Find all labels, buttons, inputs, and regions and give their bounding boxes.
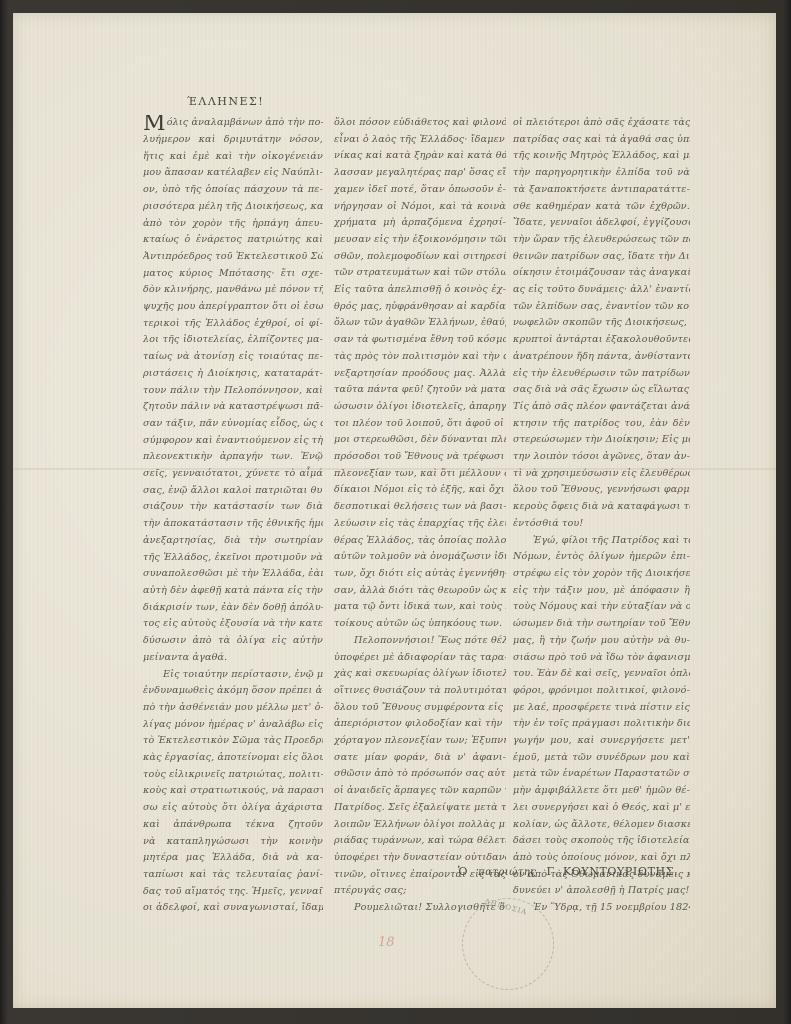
drop-cap: Μ (143, 116, 166, 132)
text-line: ὅλου τοῦ Ἔθνους, γεννήσωσι φαρμα- (513, 482, 690, 499)
text-line: τος εἰς αὐτοὺς ἐξουσία νὰ τὴν κατεκ- (143, 616, 323, 633)
text-line: σας διὰ νὰ σᾶς ἔχωσιν ὡς εἵλωτας. (513, 382, 690, 399)
text-line: δύσωσιν ἀπὸ τὰ ὀλίγα εἰς αὐτὴν (143, 633, 323, 650)
text-line: οι ἀδελφοί, καὶ συναγωνισταί, ἴδαμεν (143, 900, 323, 917)
text-line: γωγήν μου, καὶ συνεργήσετε μετ' (513, 733, 690, 750)
text-line: τὴν ὥραν τῆς ἐλευθερώσεως τῶν πο- (513, 232, 690, 249)
text-line: του. Ἐὰν δὲ καὶ σεῖς, γενναῖοι ὁπλο- (513, 666, 690, 683)
text-line: την λοιπὸν τόσοι ἀγῶνες, ὅταν ἀν- (513, 449, 690, 466)
text-line: μου ἅπασαν κατέλαβεν εἰς Ναύπλι- (143, 165, 323, 182)
text-line: μείναντα ἀγαθά. (143, 650, 323, 667)
text-line: ζητοῦν πάλιν νὰ καταστρέψωσι πᾶ- (143, 399, 323, 416)
signature-name: Γ. ΚΟΥΝΤΟΥΡΙΩΤΗΣ. (547, 865, 679, 878)
text-line: ὅλων τῶν ἀγαθῶν Ἑλλήνων, ἐθαύμα- (334, 315, 506, 332)
text-line: Πατρίδος. Σεῖς ἐξαλείψατε μετὰ τῶν (334, 800, 506, 817)
text-line: νήργησαν οἱ Νόμοι, καὶ τὰ κοινὰ (334, 199, 506, 216)
text-line: δὸν κλινήρης, μανθάνω μὲ πόνον τῆς (143, 282, 323, 299)
text-line: τερικοὶ τῆς Ἑλλάδος ἐχθροί, οἱ φί- (143, 316, 323, 333)
text-line: μας, ἢ τὴν ζωήν μου αὐτὴν νὰ θυ- (513, 633, 690, 650)
text-line: τὶ νὰ χρησιμεύσωσιν εἰς ἐλευθέρωσιν (513, 466, 690, 483)
text-line: νὰ καταπληγώσωσι τὴν κοινὴν (143, 834, 323, 851)
text-line: σιάζουν τὴν κατάστασίν των διὰ (143, 499, 323, 516)
text-line: λεύωσιν εἰς τὰς ἐπαρχίας τῆς ἐλευ- (334, 516, 506, 533)
text-line: μητέρα μας Ἑλλάδα, διὰ νὰ κα- (143, 850, 323, 867)
text-line: εἶναι ὁ λαὸς τῆς Ἑλλάδος· ἴδαμεν ὅλοι (334, 132, 506, 149)
text-line: οἵτινες θυσιάζουν τὰ πολυτιμότατα (334, 683, 506, 700)
text-line: θεινῶν πατρίδων σας, ἴδατε τὴν Δι- (513, 249, 690, 266)
text-line: λυήμερον καὶ δριμυτάτην νόσον, (143, 132, 323, 149)
text-line: ἐνδυναμωθεὶς ἀκόμη ὅσον πρέπει ἀ- (143, 683, 323, 700)
text-line: Εἰς τοιαύτην περίστασιν, ἐνῷ μὴ (143, 667, 323, 684)
text-line: σιάσω πρὸ τοῦ νὰ ἴδω τὸν ἀφανισμόν (513, 650, 690, 667)
text-line: κοὺς καὶ στρατιωτικούς, νὰ παραστή- (143, 783, 323, 800)
text-line: κολίαν, ὡς ἄλλοτε, θέλομεν διασκε- (513, 817, 690, 834)
text-column-2: ὅλοι πόσον εὐδιάθετος καὶ φιλονόμοςεἶναι… (334, 115, 506, 917)
text-line: μευσαν εἰς τὴν ἐξοικονόμησιν τῶν μι- (334, 232, 506, 249)
text-line: τὰ ξαναποκτήσετε ἀντιπαρατάττε- (513, 182, 690, 199)
text-line: σθε καθημέραν κατὰ τῶν ἐχθρῶν. (513, 199, 690, 216)
text-line: τὴν ἀποκατάστασιν τῆς ἐθνικῆς ἡμῶν (143, 516, 323, 533)
text-line: τὴν παρηγορητικὴν ἐλπίδα τοῦ νὰ (513, 165, 690, 182)
text-line: Νόμων, ἐντὸς ὀλίγων ἡμερῶν ἐπι- (513, 549, 690, 566)
text-line: τὰς πρὸς τὸν πολιτισμὸν καὶ τὴν ἀ- (334, 349, 506, 366)
text-line: λει συνεργήσει καὶ ὁ Θεός, καὶ μ' εὐ- (513, 800, 690, 817)
text-line: σθῶν, πολεμοφοδίων καὶ σιτηρεσίων (334, 249, 506, 266)
text-line: κτησιν τῆς πατρίδος του, ἐὰν δὲν (513, 416, 690, 433)
text-line: διάκρισίν των, ἐὰν δὲν δοθῇ ἀπόλυ- (143, 600, 323, 617)
text-line: Τίς ἀπὸ σᾶς πλέον φαντάζεται ἀνά- (513, 399, 690, 416)
text-line: τὸ Ἐκτελεστικὸν Σῶμα τὰς Προεδρι- (143, 733, 323, 750)
text-line: ματος κύριος Μπότασης· ἔτι σχε- (143, 266, 323, 283)
text-line: σαν τάξιν, πᾶν εὐνομίας εἶδος, ὡς ἀ- (143, 416, 323, 433)
pencil-page-number: 18 (378, 935, 395, 950)
text-line: χαμεν ἰδεῖ ποτέ, ὅταν ὁπωσοῦν ἐ- (334, 182, 506, 199)
text-line: σθῶσιν ἀπὸ τὸ πρόσωπόν σας αὐτοὶ (334, 766, 506, 783)
text-line: αὐτὴ δὲν ἀφεθῇ κατὰ πάντα εἰς τὴν (143, 583, 323, 600)
text-line: κταίως ὁ ἐνάρετος πατριώτης καὶ (143, 232, 323, 249)
text-line: τοὺς Νόμους καὶ τὴν εὐταξίαν νὰ στερε- (513, 599, 690, 616)
text-line: των, ὄχι διότι εἰς αὐτὰς ἐγεννήθη- (334, 566, 506, 583)
text-line: ον, ὑπὸ τῆς ὁποίας πάσχουν τὰ πε- (143, 182, 323, 199)
text-line: Εἰς ταῦτα ἀπελπισθῇ ὁ κοινὸς ἐχ- (334, 282, 506, 299)
text-line: ταπίωσι καὶ τὰς τελευταίας ῥανί- (143, 867, 323, 884)
text-line: οἱ πλειότεροι ἀπὸ σᾶς ἐχάσατε τὰς (513, 115, 690, 132)
text-line: λοι τῆς ἰδιοτελείας, ἐλπίζοντες μα- (143, 332, 323, 349)
text-line: ἐντόσθιά του! (513, 516, 690, 533)
text-line: δυνεύει ν' ἀπολεσθῇ ἡ Πατρίς μας! (513, 883, 690, 900)
text-line: σαν τὰ φωτισμένα ἔθνη τοῦ κόσμου (334, 332, 506, 349)
text-column-1: Μόλις ἀναλαμβάνων ἀπὸ τὴν πο-λυήμερον κα… (143, 115, 323, 917)
text-line: σαν, ἀλλὰ διότι τὰς θεωροῦν ὡς κτή- (334, 583, 506, 600)
text-line: Ἐγώ, φίλοι τῆς Πατρίδος καὶ τῶν (513, 533, 690, 550)
text-column-3: οἱ πλειότεροι ἀπὸ σᾶς ἐχάσατε τὰςπατρίδα… (513, 115, 690, 917)
text-line: καὶ ἀπάνθρωπα τέκνα ζητοῦν (143, 817, 323, 834)
text-line: ώσωμεν διὰ τὴν σωτηρίαν τοῦ Ἔθνους (513, 616, 690, 633)
text-line: οίκησιν ἑτοιμάζουσαν τὰς ἀναγκαί- (513, 265, 690, 282)
text-line: μοι στερεωθῶσι, δὲν δύνανται πλέον αἱ (334, 432, 506, 449)
text-line: νωφελῶν σκοπῶν τῆς Διοικήσεως, οἱ (513, 315, 690, 332)
text-line: χρήματα μὴ ἁρπαζόμενα ἐχρησί- (334, 215, 506, 232)
text-line: δας τοῦ αἵματός της. Ἡμεῖς, γενναῖ- (143, 884, 323, 901)
text-line: μετὰ τῶν ἐναρέτων Παραστατῶν σας, (513, 766, 690, 783)
text-line: ριστάσεις ἡ Διοίκησις, καταταράτ- (143, 366, 323, 383)
text-line: τοίκους αὐτῶν ὡς ὑπηκόους των. (334, 616, 506, 633)
text-line: λασσαν μεγαλητέρας παρ' ὅσας εἴ- (334, 165, 506, 182)
text-line: ώσωσιν ὀλίγοι ἰδιοτελεῖς, ἀπαρηγόρη- (334, 399, 506, 416)
text-line: ταίως νὰ ἀτονίσῃ εἰς τοιαύτας πε- (143, 349, 323, 366)
text-line: σατε μίαν φοράν, διὰ ν' ἀφανι- (334, 750, 506, 767)
text-line: ψυχῆς μου ἀπερίγραπτον ὅτι οἱ ἐσω- (143, 299, 323, 316)
text-line: ἀπὸ τὸν χορὸν τῆς ἡρπάγη ἀπευ- (143, 216, 323, 233)
text-line: ταῦτα πάντα φεῦ! ζητοῦν νὰ μαται- (334, 382, 506, 399)
text-line: χὰς καὶ σκευωρίας ὀλίγων ἰδιοτελῶν, (334, 666, 506, 683)
signature-article: Ὁ (458, 865, 468, 878)
text-line: ἐμοῦ, μετὰ τῶν συνέδρων μου καὶ (513, 750, 690, 767)
text-line: δίκαιοι Νόμοι εἰς τὸ ἑξῆς, καὶ ὄχι αἱ (334, 482, 506, 499)
text-line: ἀνατρέπουν ἤδη πάντα, ἀνθίστανται (513, 349, 690, 366)
text-line: τοὺς εἰλικρινεῖς πατριώτας, πολιτι- (143, 767, 323, 784)
text-line: με λαέ, προσφέρετε τινὰ πίστιν εἰς (513, 700, 690, 717)
text-line: πατρίδας σας καὶ τὰ ἀγαθά σας ὑπὲρ (513, 132, 690, 149)
signature-line: Ὁ πατριώτης Γ. ΚΟΥΝΤΟΥΡΙΩΤΗΣ. (458, 865, 678, 878)
text-line: κὰς ἐργασίας, ἀποτείνομαι εἰς ὅλους (143, 750, 323, 767)
text-line: σας, ἐνῷ ἄλλοι καλοὶ πατριῶται θυ- (143, 483, 323, 500)
text-line: τοι πλέον τοῦ λοιποῦ, ὅτι ἀφοῦ οἱ Νό- (334, 416, 506, 433)
text-line: μὴν ἀμφιβάλλετε ὅτι μεθ' ἡμῶν θέ- (513, 783, 690, 800)
text-line: σύμφορον καὶ ἐναντιούμενον εἰς τὴν (143, 433, 323, 450)
text-line: στρέφω εἰς τὸν χορὸν τῆς Διοικήσεως (513, 566, 690, 583)
signature-role: πατριώτης (478, 867, 536, 878)
text-line: ἥτις καὶ ἐμὲ καὶ τὴν οἰκογένειάν (143, 149, 323, 166)
text-line: ρισσότερα μέλη τῆς Διοικήσεως, καὶ (143, 199, 323, 216)
text-line: ας εἰς τοῦτο δυνάμεις· ἀλλ' ἐναντίον (513, 282, 690, 299)
text-line: θρός μας, ηὐφράνθησαν αἱ καρδίαι (334, 299, 506, 316)
text-line: τῶν στρατευμάτων καὶ τῶν στόλων. (334, 265, 506, 282)
text-line: πλεονεξίαν των, καὶ ὅτι μέλλουν οἱ (334, 466, 506, 483)
text-line: πρόσοδοι τοῦ Ἔθνους νὰ τρέφωσι τὴν (334, 449, 506, 466)
text-line: πὸ τὴν ἀσθένειάν μου μέλλω μετ' ὀ- (143, 700, 323, 717)
text-line: τῆς κοινῆς Μητρὸς Ἑλλάδος, καὶ μὲ (513, 148, 690, 165)
text-line: αὐτῶν τολμοῦν νὰ ὀνομάζωσιν ἰδικάς (334, 549, 506, 566)
text-line: εἰς τὴν ἐλευθέρωσιν τῶν πατρίδων (513, 366, 690, 383)
text-line: Πελοποννήσιοι! Ἕως πότε θέλετε (334, 633, 506, 650)
text-line: Ἴδατε, γενναῖοι ἀδελφοί, ἐγγίζουσαν (513, 215, 690, 232)
text-line: ἀπεριόριστον φιλοδοξίαν καὶ τὴν ἀ- (334, 716, 506, 733)
text-line: λίγας μόνον ἡμέρας ν' ἀναλάβω εἰς (143, 717, 323, 734)
text-line: τῆς Ἑλλάδος, ἐκεῖνοι προτιμοῦν νὰ (143, 550, 323, 567)
text-line: ὅλοι πόσον εὐδιάθετος καὶ φιλονόμος (334, 115, 506, 132)
text-line: ὑποφέρει μὲ ἀδιαφορίαν τὰς ταρα- (334, 650, 506, 667)
text-line: συναπολεσθῶσι μὲ τὴν Ἑλλάδα, ἐὰν (143, 566, 323, 583)
text-line: κρυπτοὶ ἀντάρται ἐξακολουθοῦντες (513, 332, 690, 349)
text-line: Ἀντιπρόεδρος τοῦ Ἐκτελεστικοῦ Σώ- (143, 249, 323, 266)
text-line: κεροὺς ὄφεις διὰ νὰ καταφάγωσι τὰ (513, 499, 690, 516)
text-line: ὅλου τοῦ Ἔθνους συμφέροντα εἰς τὴν (334, 700, 506, 717)
text-line: τὴν ἐν τοῖς πράγμασι πολιτικὴν δια- (513, 716, 690, 733)
text-line: οἱ ἀναιδεῖς ἅρπαγες τῶν καρπῶν τῆς (334, 783, 506, 800)
text-line: ριάδας τυράννων, καὶ τώρα θέλετε (334, 833, 506, 850)
text-line: νίκας καὶ κατὰ ξηρὰν καὶ κατὰ θά- (334, 148, 506, 165)
text-line: ἀνεξαρτησίας, διὰ τὴν σωτηρίαν (143, 533, 323, 550)
text-line: Μόλις ἀναλαμβάνων ἀπὸ τὴν πο- (143, 115, 323, 132)
text-line: λοιπῶν Ἑλλήνων ὀλίγοι πολλὰς μυ- (334, 817, 506, 834)
text-line: δεσποτικαὶ θελήσεις των νὰ βασι- (334, 499, 506, 516)
text-line: ματα τῷ ὄντι ἰδικά των, καὶ τοὺς κα- (334, 599, 506, 616)
document-heading: ΈΛΛΗΝΕΣ! (187, 95, 264, 108)
text-line: τῶν ἐλπίδων σας, ἐναντίον τῶν κοι- (513, 299, 690, 316)
text-line: τουν πάλιν τὴν Πελοπόννησον, καὶ (143, 383, 323, 400)
text-line: δάσει τοὺς σκοποὺς τῆς ἰδιοτελείας, (513, 833, 690, 850)
text-line: πτέρυγάς σας; (334, 883, 506, 900)
text-line: πλεονεκτικὴν ἁρπαγήν των. Ἐνῷ (143, 449, 323, 466)
text-line: χόρταγον πλεονεξίαν των; Ἐξυπνή- (334, 733, 506, 750)
text-line: θέρας Ἑλλάδος, τὰς ὁποίας πολλοὶ ἐξ (334, 533, 506, 550)
text-line: σω εἰς αὐτοὺς ὅτι ὀλίγα ἀχάριστα (143, 800, 323, 817)
text-line: σεῖς, γενναιότατοι, χύνετε τὸ αἷμά (143, 466, 323, 483)
text-line: εἰς τὴν τάξιν μου, μὲ ἀπόφασιν ἢ (513, 583, 690, 600)
text-line: στερεώσωμεν τὴν Διοίκησιν; Εἰς μά- (513, 432, 690, 449)
text-line: φόροι, φρόνιμοι πολιτικοί, φιλονό- (513, 683, 690, 700)
text-line: νεξαρτησίαν προόδους μας. Ἀλλὰ (334, 366, 506, 383)
